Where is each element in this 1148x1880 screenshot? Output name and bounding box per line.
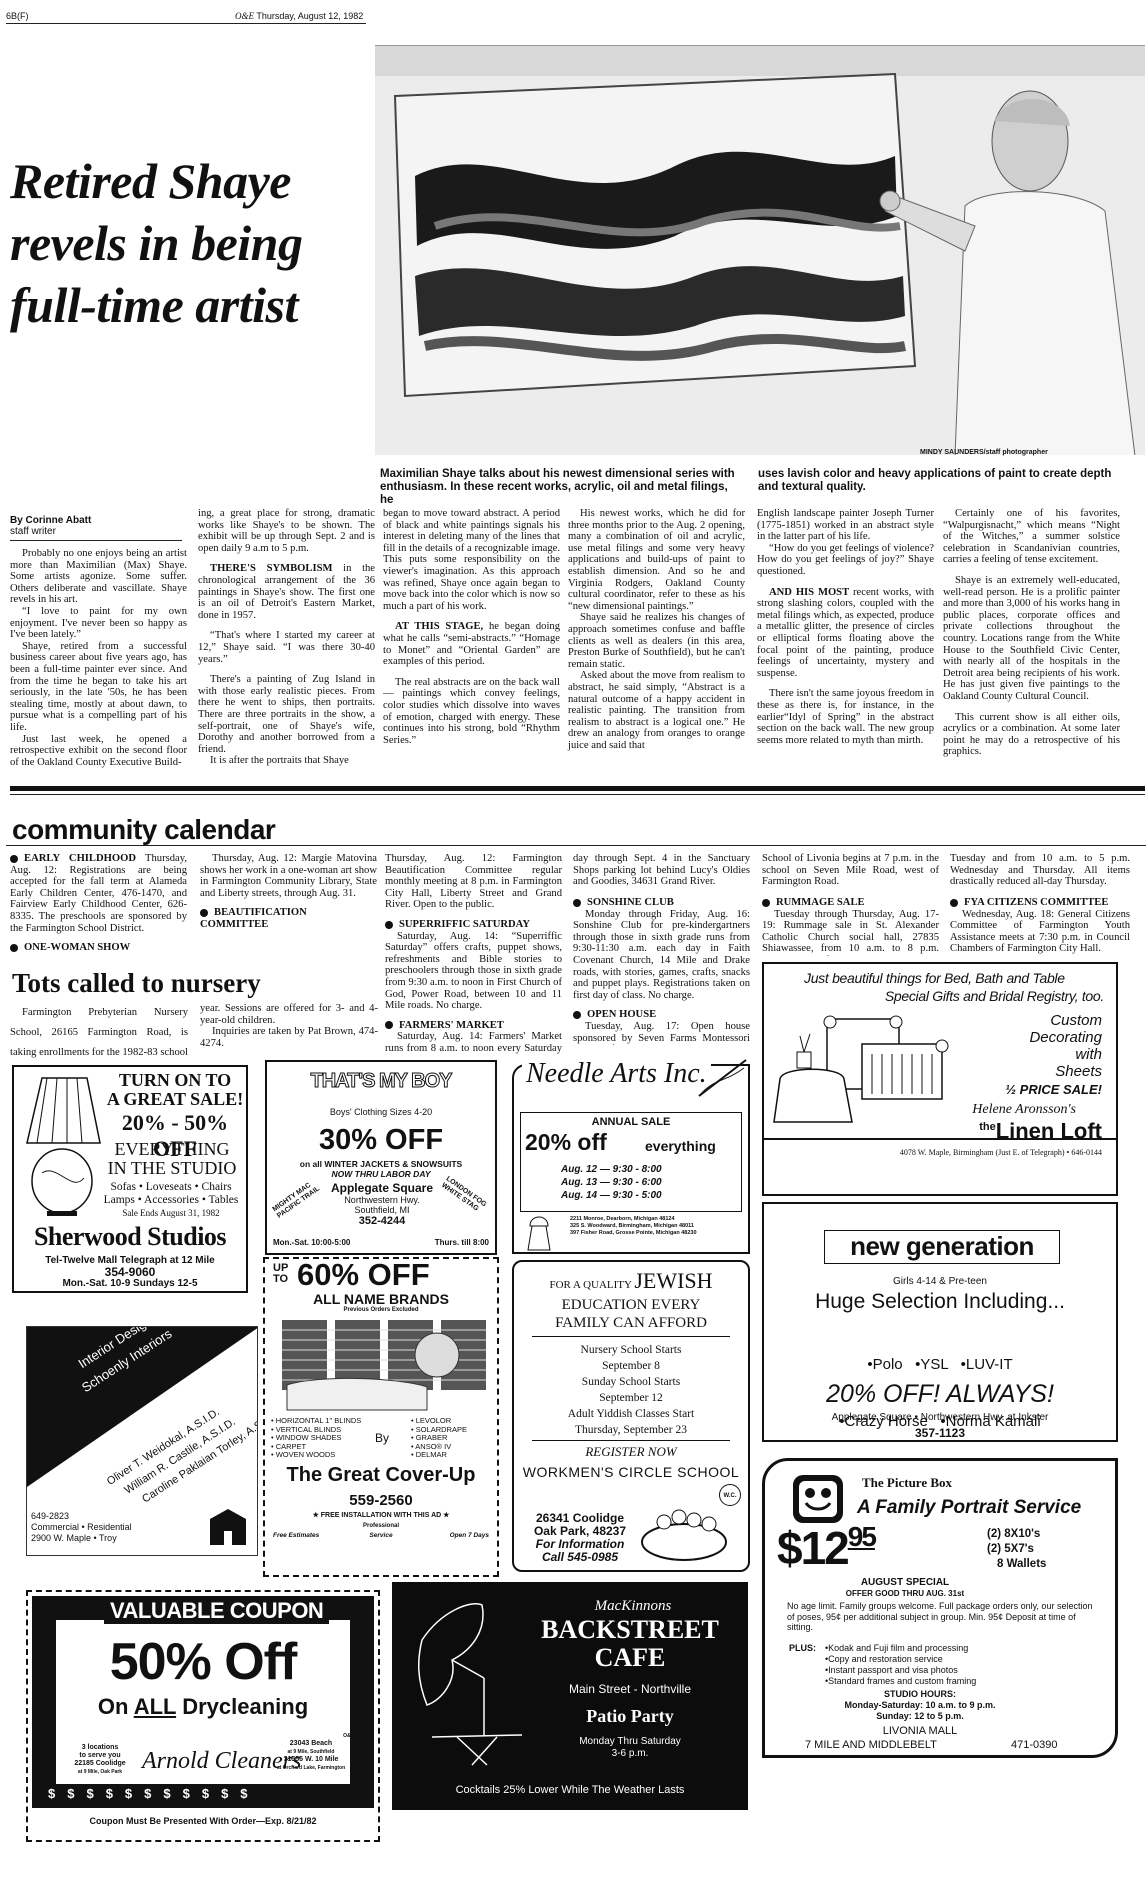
- story-paragraph: Just last week, he opened a retrospectiv…: [10, 734, 187, 769]
- ad-new-generation: new generation Girls 4-14 & Pre-teen Hug…: [762, 1202, 1118, 1442]
- price: $1295: [777, 1521, 875, 1575]
- bullet-icon: [10, 944, 18, 952]
- story-paragraph: “How do you get feelings of violence? Ho…: [757, 543, 934, 578]
- story-paragraph: There's a painting of Zug Island in with…: [198, 674, 375, 755]
- ad-linen-loft-footer: 4078 W. Maple, Birmingham (Just E. of Te…: [762, 1138, 1118, 1196]
- story-paragraph: There isn't the same joyous freedom in t…: [757, 688, 934, 746]
- workmens-circle-logo: WORKMEN'S CIRCLE SCHOOL: [514, 1464, 748, 1480]
- house-icon: [207, 1507, 249, 1545]
- story-end-rule-thin: [10, 794, 1145, 795]
- calendar-title: community calendar: [12, 815, 275, 845]
- story-column-2: ing, a great place for strong, dramatic …: [198, 508, 375, 767]
- section-lead-in: AND HIS MOST: [769, 587, 849, 598]
- author-title: staff writer: [10, 526, 56, 537]
- story-headline: Retired Shaye revels in being full-time …: [10, 150, 370, 336]
- story-photo: [375, 45, 1145, 455]
- calendar-column-3: Thursday, Aug. 12: Farmington Beautifica…: [385, 853, 562, 1055]
- story-paragraph: It is after the portraits that Shaye: [198, 755, 375, 767]
- bed-and-table-illustration: [772, 1014, 952, 1126]
- needle-arts-logo: Needle Arts Inc.: [522, 1058, 711, 1090]
- header-rule: [6, 23, 366, 24]
- blinds-room-illustration: [277, 1315, 489, 1415]
- story-paragraph: AT THIS STAGE, he began doing what he ca…: [383, 621, 560, 667]
- smiley-box-logo-icon: [791, 1473, 845, 1525]
- sherwood-logo: Sherwood Studios: [14, 1222, 246, 1252]
- headline-line-3: full-time artist: [10, 274, 370, 336]
- calendar-column-1: EARLY CHILDHOOD Thursday, Aug. 12: Regis…: [10, 853, 187, 954]
- story-paragraph: Probably no one enjoys being an artist m…: [10, 548, 187, 606]
- bullet-icon: [200, 909, 208, 917]
- calendar-column-4: day through Sept. 4 in the Sanctuary Sho…: [573, 853, 750, 1045]
- bullet-icon: [385, 921, 393, 929]
- bullet-icon: [950, 899, 958, 907]
- story-paragraph: “I love to paint for my own enjoyment. I…: [10, 606, 187, 641]
- calendar-item-open-house: OPEN HOUSE: [573, 1009, 750, 1021]
- story-paragraph: AND HIS MOST recent works, with strong s…: [757, 587, 934, 680]
- mackinnons-logo: MacKinnons: [522, 1598, 744, 1615]
- byline: By Corinne Abatt staff writer: [10, 515, 91, 537]
- calendar-column-2: Thursday, Aug. 12: Margie Matovina shows…: [200, 853, 377, 931]
- bullet-icon: [762, 899, 770, 907]
- open-house-continued: School of Livonia begins at 7 p.m. in th…: [762, 853, 939, 889]
- calendar-column-6: Tuesday and from 10 a.m. to 5 p.m. Wedne…: [950, 853, 1130, 955]
- byline-rule: [10, 540, 182, 541]
- calendar-item-superriffic: SUPERRIFFIC SATURDAY: [385, 919, 562, 931]
- story-column-5: English landscape painter Joseph Turner …: [757, 508, 934, 746]
- story-paragraph: THERE'S SYMBOLISM in the chronological a…: [198, 563, 375, 621]
- great-cover-up-logo: The Great Cover-Up: [265, 1464, 497, 1487]
- section-lead-in: THERE'S SYMBOLISM: [210, 563, 333, 574]
- bullet-icon: [573, 1011, 581, 1019]
- story-paragraph: The real abstracts are on the back wall …: [383, 677, 560, 747]
- ad-backstreet-cafe: MacKinnons BACKSTREET CAFE Main Street -…: [392, 1582, 748, 1810]
- tots-column-2: year. Sessions are offered for 3- and 4-…: [200, 1003, 378, 1049]
- ad-thats-my-boy: THAT'S MY BOY Boys' Clothing Sizes 4-20 …: [265, 1060, 497, 1255]
- story-paragraph: Shaye is an extremely well-educated, wel…: [943, 575, 1120, 703]
- issue-date: Thursday, August 12, 1982: [256, 11, 363, 21]
- linen-loft-logo: theLinen Loft: [979, 1116, 1102, 1140]
- ad-arnold-cleaners-coupon[interactable]: VALUABLE COUPON 50% Off On ALL Drycleani…: [26, 1590, 380, 1842]
- story-paragraph: Asked about the move from realism to abs…: [568, 670, 745, 751]
- tots-headline: Tots called to nursery: [12, 968, 261, 999]
- calendar-column-5: School of Livonia begins at 7 p.m. in th…: [762, 853, 939, 956]
- caption-part-1: Maximilian Shaye talks about his newest …: [380, 468, 742, 507]
- story-paragraph: Shaye said he realizes his changes of ap…: [568, 612, 745, 670]
- farmers-market-continued: day through Sept. 4 in the Sanctuary Sho…: [573, 853, 750, 889]
- crowd-illustration: [639, 1502, 729, 1562]
- story-paragraph: “That's where I started my career at 12,…: [198, 630, 375, 665]
- ad-picture-box: The Picture Box A Family Portrait Servic…: [762, 1458, 1118, 1758]
- bullet-icon: [573, 899, 581, 907]
- section-lead-in: AT THIS STAGE,: [395, 621, 483, 632]
- calendar-item-one-woman-show: ONE-WOMAN SHOW: [10, 942, 187, 954]
- calendar-item-fya: FYA CITIZENS COMMITTEE: [950, 897, 1130, 909]
- ad-schoenly-interiors: Interior Design Schoenly Interiors Olive…: [26, 1326, 258, 1556]
- story-paragraph: Shaye, retired from a successful busines…: [10, 641, 187, 734]
- ad-workmens-circle: FOR A QUALITY JEWISH EDUCATION EVERY FAM…: [512, 1260, 750, 1572]
- painting-photo-illustration: [375, 46, 1145, 455]
- coupon-banner: VALUABLE COUPON: [104, 1598, 329, 1624]
- caption-part-2: uses lavish color and heavy applications…: [758, 468, 1120, 507]
- needle-icon: [694, 1058, 750, 1098]
- needle-arts-sale-box: ANNUAL SALE 20% off everything Aug. 12 —…: [520, 1112, 742, 1212]
- ad-great-cover-up: UP TO 60% OFF ALL NAME BRANDS Previous O…: [263, 1257, 499, 1577]
- dollar-sign-icons: $$$$$$$$$$$: [48, 1786, 358, 1801]
- calendar-item-farmers-market: FARMERS' MARKET: [385, 1020, 562, 1032]
- calendar-item-sonshine: SONSHINE CLUB: [573, 897, 750, 909]
- headline-line-2: revels in being: [10, 212, 370, 274]
- ad-sherwood-studios: TURN ON TO A GREAT SALE! 20% - 50% OFF E…: [12, 1065, 248, 1293]
- ad-linen-loft: Just beautiful things for Bed, Bath and …: [762, 962, 1118, 1140]
- calendar-rule: [6, 845, 1146, 846]
- new-generation-logo: new generation: [825, 1231, 1059, 1261]
- bullet-icon: [10, 855, 18, 863]
- story-paragraph: ing, a great place for strong, dramatic …: [198, 508, 375, 554]
- story-paragraph: began to move toward abstract. A period …: [383, 508, 560, 612]
- ad-needle-arts: Needle Arts Inc. ANNUAL SALE 20% off eve…: [512, 1064, 750, 1254]
- story-column-4: His newest works, which he did for three…: [568, 508, 745, 751]
- story-end-rule: [10, 786, 1145, 791]
- lamp-illustration: [22, 1073, 102, 1218]
- paper-name: O&E: [235, 11, 254, 21]
- dateline: O&E Thursday, August 12, 1982: [235, 11, 363, 21]
- photo-credit: MINDY SAUNDERS/staff photographer: [920, 449, 1048, 456]
- bonnet-girl-illustration: [522, 1212, 556, 1252]
- rummage-continued: Tuesday and from 10 a.m. to 5 p.m. Wedne…: [950, 853, 1130, 889]
- calendar-item-beautification: BEAUTIFICATION COMMITTEE: [200, 907, 377, 930]
- story-paragraph: This current show is all either oils, ac…: [943, 712, 1120, 758]
- story-column-3: began to move toward abstract. A period …: [383, 508, 560, 746]
- story-column-1: Probably no one enjoys being an artist m…: [10, 548, 187, 768]
- calendar-item-early-childhood: EARLY CHILDHOOD Thursday, Aug. 12: Regis…: [10, 853, 187, 934]
- thats-my-boy-logo: THAT'S MY BOY: [267, 1070, 495, 1093]
- story-paragraph: His newest works, which he did for three…: [568, 508, 745, 612]
- tots-column-1: Farmington Prebyterian Nursery School, 2…: [10, 1003, 188, 1063]
- headline-line-1: Retired Shaye: [10, 150, 370, 212]
- umbrella-table-illustration: [412, 1600, 522, 1770]
- picture-box-logo: The Picture Box: [862, 1475, 952, 1491]
- story-paragraph: English landscape painter Joseph Turner …: [757, 508, 934, 543]
- bullet-icon: [385, 1021, 393, 1029]
- story-column-6: Certainly one of his favorites, “Walpurg…: [943, 508, 1120, 758]
- page-folio: 6B(F): [6, 11, 29, 21]
- calendar-item-rummage: RUMMAGE SALE: [762, 897, 939, 909]
- story-paragraph: Certainly one of his favorites, “Walpurg…: [943, 508, 1120, 566]
- author-name: By Corinne Abatt: [10, 515, 91, 526]
- photo-caption: Maximilian Shaye talks about his newest …: [380, 468, 1120, 507]
